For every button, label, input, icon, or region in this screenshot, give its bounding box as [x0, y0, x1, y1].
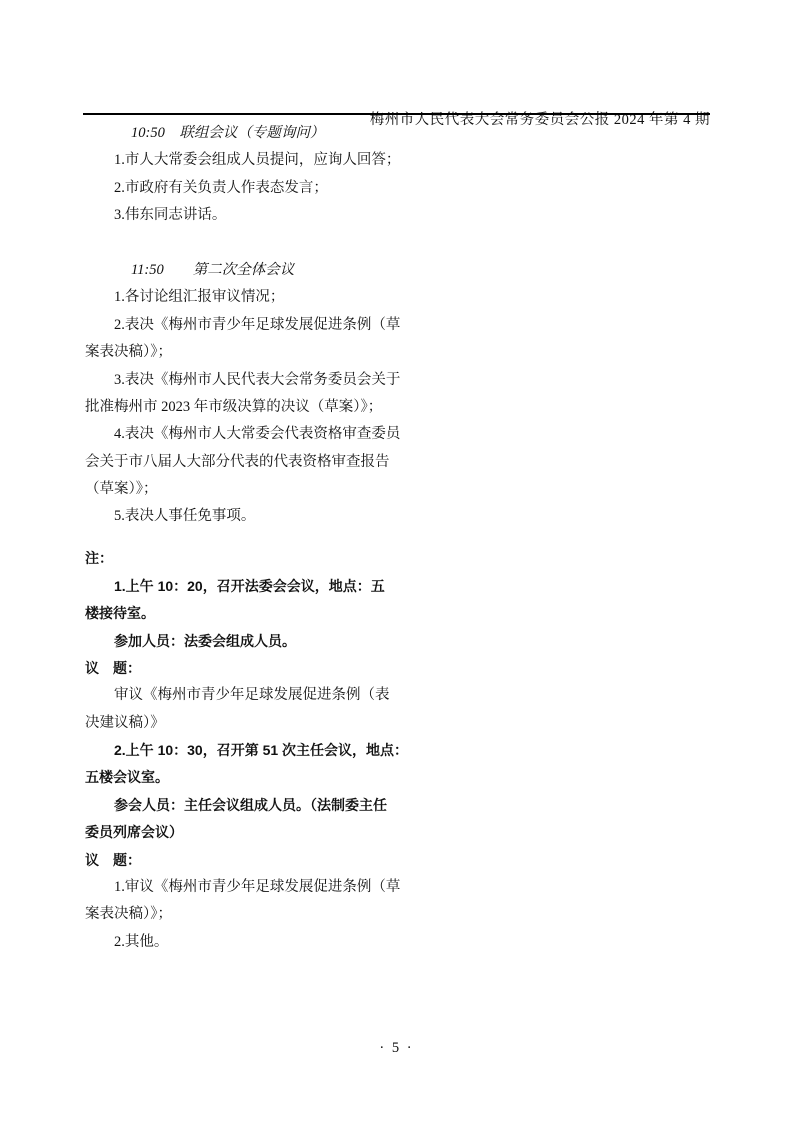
- text-line: 3.表决《梅州市人民代表大会常务委员会关于: [85, 367, 415, 394]
- text-line: 案表决稿）》；: [85, 339, 415, 366]
- page-number: · 5 ·: [379, 1040, 413, 1056]
- note-line: 参加人员：法委会组成人员。: [85, 628, 415, 655]
- document-body: 10:50 联组会议（专题询问）1.市人大常委会组成人员提问，应询人回答；2.市…: [85, 120, 415, 956]
- text-line: 1.市人大常委会组成人员提问，应询人回答；: [85, 147, 415, 174]
- text-line: 2.表决《梅州市青少年足球发展促进条例（草: [85, 312, 415, 339]
- document-page: 梅州市人民代表大会常务委员会公报 2024 年第 4 期 10:50 联组会议（…: [0, 0, 793, 1122]
- text-line: 1.各讨论组汇报审议情况；: [85, 284, 415, 311]
- note-line: 参会人员：主任会议组成人员。（法制委主任: [85, 792, 415, 819]
- text-line: 会关于市八届人大部分代表的代表资格审查报告: [85, 449, 415, 476]
- text-line: 3.伟东同志讲话。: [85, 202, 415, 229]
- text-line: 2.其他。: [85, 929, 415, 956]
- note-line: 楼接待室。: [85, 600, 415, 627]
- page-footer: · 5 ·: [0, 1040, 793, 1057]
- text-line: 批准梅州市 2023 年市级决算的决议（草案）》；: [85, 394, 415, 421]
- note-line: 2.上午 10：30，召开第 51 次主任会议，地点：: [85, 737, 415, 764]
- header-rule: [83, 113, 710, 115]
- schedule-time-heading: 10:50 联组会议（专题询问）: [85, 120, 415, 147]
- note-line: 注：: [85, 545, 415, 572]
- text-line: 5.表决人事任免事项。: [85, 503, 415, 530]
- schedule-time-heading: 11:50 第二次全体会议: [85, 257, 415, 284]
- note-line: 委员列席会议）: [85, 819, 415, 846]
- text-line: 决建议稿）》: [85, 710, 415, 737]
- note-line: 1.上午 10：20，召开法委会会议，地点：五: [85, 573, 415, 600]
- blank-gap: [85, 531, 415, 546]
- text-line: 4.表决《梅州市人大常委会代表资格审查委员: [85, 421, 415, 448]
- note-line: 五楼会议室。: [85, 764, 415, 791]
- blank-gap: [85, 230, 415, 257]
- note-line: 议 题：: [85, 655, 415, 682]
- text-line: 1.审议《梅州市青少年足球发展促进条例（草: [85, 874, 415, 901]
- note-line: 议 题：: [85, 847, 415, 874]
- text-line: 案表决稿）》；: [85, 901, 415, 928]
- text-line: （草案）》；: [85, 476, 415, 503]
- text-line: 2.市政府有关负责人作表态发言；: [85, 175, 415, 202]
- text-line: 审议《梅州市青少年足球发展促进条例（表: [85, 682, 415, 709]
